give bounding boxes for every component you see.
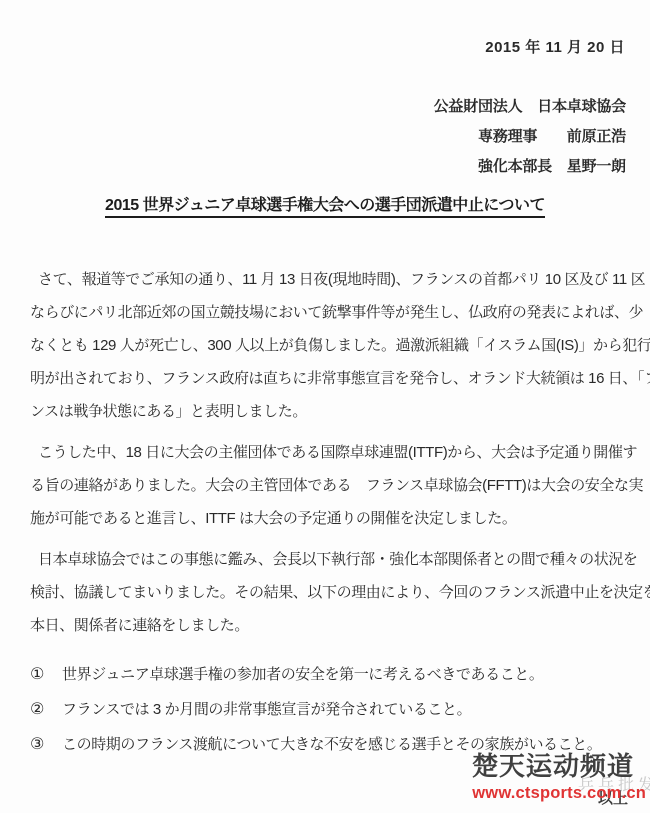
sender-strengthening-hq-chief: 強化本部長 星野一朗 xyxy=(434,152,626,182)
paragraph: さて、報道等でご承知の通り、11 月 13 日夜(現地時間)、フランスの首都パリ… xyxy=(30,263,632,428)
reason-number-icon: ③ xyxy=(30,728,62,761)
paragraph-line: なくとも 129 人が死亡し、300 人以上が負傷しました。過激派組織「イスラム… xyxy=(30,329,632,362)
paragraph-line: 本日、関係者に連絡をしました。 xyxy=(30,609,632,642)
paragraph-line: 検討、協議してまいりました。その結果、以下の理由により、今回のフランス派遣中止を… xyxy=(30,576,632,609)
sender-block: 公益財団法人 日本卓球協会 専務理事 前原正浩 強化本部長 星野一朗 xyxy=(434,92,626,182)
reason-text: 世界ジュニア卓球選手権の参加者の安全を第一に考えるべきであること。 xyxy=(62,658,632,691)
scanned-letter-page: 2015 年 11 月 20 日 公益財団法人 日本卓球協会 専務理事 前原正浩… xyxy=(0,0,650,813)
reasons-list: ①世界ジュニア卓球選手権の参加者の安全を第一に考えるべきであること。②フランスで… xyxy=(30,658,632,761)
sender-managing-director: 専務理事 前原正浩 xyxy=(434,122,626,152)
paragraph-line: る旨の連絡がありました。大会の主管団体である フランス卓球協会(FFTT)は大会… xyxy=(30,469,632,502)
watermark-site-name: 楚天运动频道 xyxy=(472,749,634,783)
document-date: 2015 年 11 月 20 日 xyxy=(485,36,625,57)
document-title: 2015 世界ジュニア卓球選手権大会への選手団派遣中止について xyxy=(105,192,545,218)
reason-text: フランスでは 3 か月間の非常事態宣言が発令されていること。 xyxy=(62,693,632,726)
paragraph-line: 明が出されており、フランス政府は直ちに非常事態宣言を発令し、オランド大統領は 1… xyxy=(30,362,632,395)
reason-item: ②フランスでは 3 か月間の非常事態宣言が発令されていること。 xyxy=(30,693,632,726)
reason-number-icon: ① xyxy=(30,658,62,691)
reason-number-icon: ② xyxy=(30,693,62,726)
paragraphs-container: さて、報道等でご承知の通り、11 月 13 日夜(現地時間)、フランスの首都パリ… xyxy=(30,263,632,642)
paragraph-line: こうした中、18 日に大会の主催団体である国際卓球連盟(ITTF)から、大会は予… xyxy=(30,436,632,469)
sender-organization: 公益財団法人 日本卓球協会 xyxy=(434,92,626,122)
title-row: 2015 世界ジュニア卓球選手権大会への選手団派遣中止について xyxy=(0,192,650,218)
paragraph-line: 施が可能であると進言し、ITTF は大会の予定通りの開催を決定しました。 xyxy=(30,502,632,535)
paragraph-line: さて、報道等でご承知の通り、11 月 13 日夜(現地時間)、フランスの首都パリ… xyxy=(30,263,632,296)
reason-item: ①世界ジュニア卓球選手権の参加者の安全を第一に考えるべきであること。 xyxy=(30,658,632,691)
document-body: さて、報道等でご承知の通り、11 月 13 日夜(現地時間)、フランスの首都パリ… xyxy=(30,263,632,763)
paragraph-line: ならびにパリ北部近郊の国立競技場において銃撃事件等が発生し、仏政府の発表によれば… xyxy=(30,296,632,329)
paragraph-line: 日本卓球協会ではこの事態に鑑み、会長以下執行部・強化本部関係者との間で種々の状況… xyxy=(30,543,632,576)
paragraph-line: ンスは戦争状態にある」と表明しました。 xyxy=(30,395,632,428)
paragraph: こうした中、18 日に大会の主催団体である国際卓球連盟(ITTF)から、大会は予… xyxy=(30,436,632,535)
paragraph: 日本卓球協会ではこの事態に鑑み、会長以下執行部・強化本部関係者との間で種々の状況… xyxy=(30,543,632,642)
watermark-site-url: www.ctsports.com.cn xyxy=(472,781,646,805)
